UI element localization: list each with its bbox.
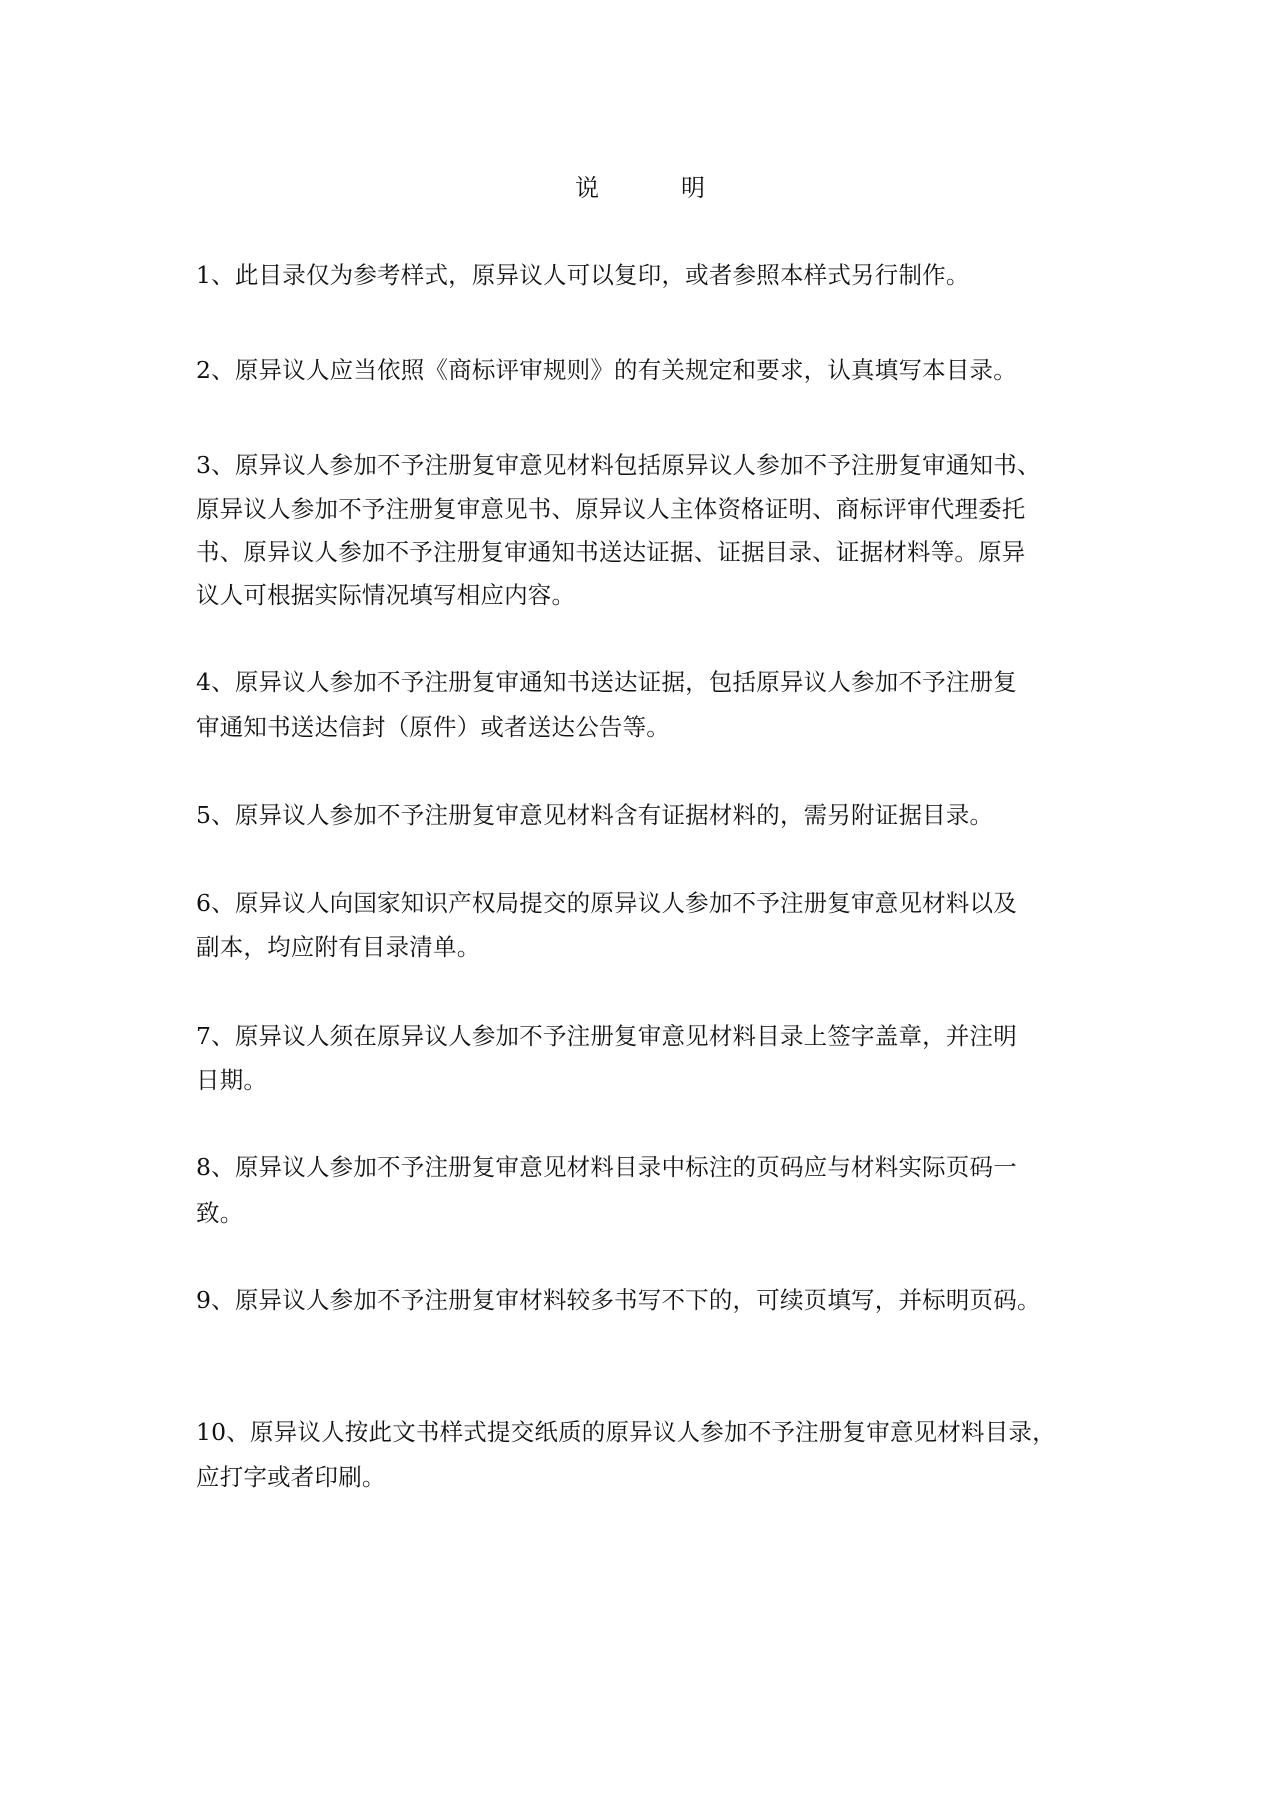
item-8-line-2: 致。: [196, 1198, 243, 1228]
item-3-line-3: 书、原异议人参加不予注册复审通知书送达证据、证据目录、证据材料等。原异: [196, 537, 1026, 567]
item-10-line-1: 10、原异议人按此文书样式提交纸质的原异议人参加不予注册复审意见材料目录，: [196, 1417, 1056, 1447]
item-3-line-4: 议人可根据实际情况填写相应内容。: [196, 580, 575, 610]
item-8-line-1: 8、原异议人参加不予注册复审意见材料目录中标注的页码应与材料实际页码一: [196, 1152, 1017, 1182]
item-10-line-2: 应打字或者印刷。: [196, 1462, 386, 1492]
page-title: 说明: [0, 168, 1280, 203]
item-5-line-1: 5、原异议人参加不予注册复审意见材料含有证据材料的，需另附证据目录。: [196, 800, 993, 830]
item-2-line-1: 2、原异议人应当依照《商标评审规则》的有关规定和要求，认真填写本目录。: [196, 355, 1017, 385]
item-4-line-1: 4、原异议人参加不予注册复审通知书送达证据，包括原异议人参加不予注册复: [196, 667, 1017, 697]
item-4-line-2: 审通知书送达信封（原件）或者送达公告等。: [196, 712, 670, 742]
title-char-1: 说: [575, 168, 599, 203]
item-1-line-1: 1、此目录仅为参考样式，原异议人可以复印，或者参照本样式另行制作。: [196, 260, 970, 290]
item-6-line-2: 副本，均应附有目录清单。: [196, 932, 480, 962]
item-3-line-1: 3、原异议人参加不予注册复审意见材料包括原异议人参加不予注册复审通知书、: [196, 450, 1041, 480]
item-7-line-2: 日期。: [196, 1065, 267, 1095]
item-3-line-2: 原异议人参加不予注册复审意见书、原异议人主体资格证明、商标评审代理委托: [196, 494, 1026, 524]
item-9-line-1: 9、原异议人参加不予注册复审材料较多书写不下的，可续页填写，并标明页码。: [196, 1285, 1041, 1315]
title-char-2: 明: [681, 168, 705, 203]
item-7-line-1: 7、原异议人须在原异议人参加不予注册复审意见材料目录上签字盖章，并注明: [196, 1021, 1017, 1051]
document-page: 说明 1、此目录仅为参考样式，原异议人可以复印，或者参照本样式另行制作。 2、原…: [0, 0, 1280, 1810]
item-6-line-1: 6、原异议人向国家知识产权局提交的原异议人参加不予注册复审意见材料以及: [196, 888, 1017, 918]
